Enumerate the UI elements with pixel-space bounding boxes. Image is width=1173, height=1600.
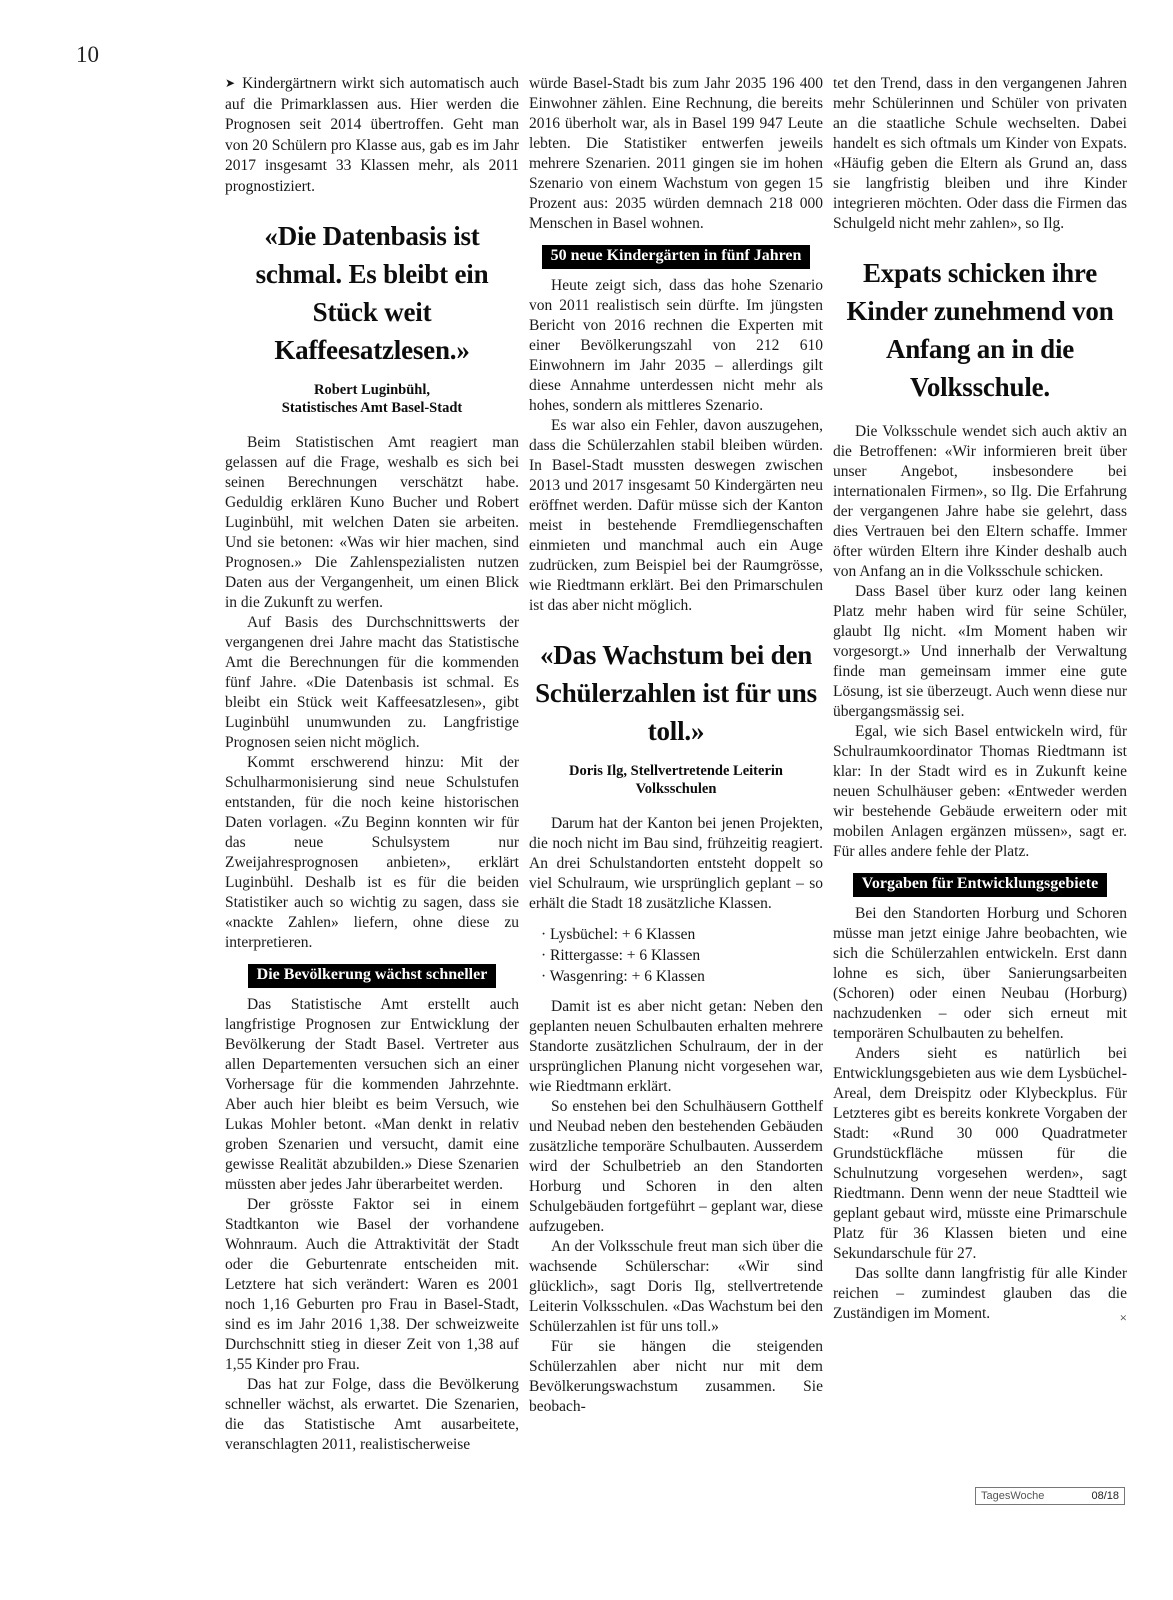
lead-text: Kindergärtnern wirkt sich automatisch au… (225, 75, 519, 195)
body-paragraph: Es war also ein Fehler, davon auszugehen… (529, 416, 823, 616)
body-paragraph: Das hat zur Folge, dass die Bevölkerung … (225, 1375, 519, 1455)
attribution-role: Statistisches Amt Basel-Stadt (225, 399, 519, 417)
lead-paragraph: ➤Kindergärtnern wirkt sich automatisch a… (225, 74, 519, 197)
body-paragraph: Damit ist es aber nicht getan: Neben den… (529, 997, 823, 1097)
column-1: ➤Kindergärtnern wirkt sich automatisch a… (225, 74, 519, 1455)
body-paragraph: Das sollte dann langfristig für alle Kin… (833, 1264, 1127, 1324)
closing-text: Das sollte dann langfristig für alle Kin… (833, 1265, 1127, 1322)
body-paragraph: Der grösste Faktor sei in einem Stadtkan… (225, 1195, 519, 1375)
body-paragraph: Die Volksschule wendet sich auch aktiv a… (833, 422, 1127, 582)
quote-attribution: Robert Luginbühl, Statistisches Amt Base… (225, 381, 519, 417)
pull-quote-block-1: «Die Datenbasis ist schmal. Es bleibt ei… (225, 217, 519, 417)
attribution-name: Doris Ilg, Stellvertretende Leiterin (529, 762, 823, 780)
footer-imprint: TagesWoche 08/18 (975, 1487, 1125, 1505)
quote-attribution: Doris Ilg, Stellvertretende Leiterin Vol… (529, 762, 823, 798)
body-paragraph: Für sie hängen die steigenden Schülerzah… (529, 1337, 823, 1417)
article-end-mark: × (1098, 1304, 1127, 1328)
body-paragraph: Auf Basis des Durchschnittswerts der ver… (225, 613, 519, 753)
footer-issue-number: 08/18 (1091, 1490, 1119, 1502)
body-paragraph: So enstehen bei den Schulhäusern Gotthel… (529, 1097, 823, 1237)
list-item: · Lysbüchel: + 6 Klassen (541, 924, 823, 945)
column-2: würde Basel-Stadt bis zum Jahr 2035 196 … (529, 74, 823, 1455)
footer-brand: TagesWoche (981, 1490, 1044, 1502)
pull-quote-expats: Expats schicken ihre Kinder zunehmend vo… (833, 254, 1127, 406)
body-paragraph: würde Basel-Stadt bis zum Jahr 2035 196 … (529, 74, 823, 234)
body-paragraph: Anders sieht es natürlich bei Entwicklun… (833, 1044, 1127, 1264)
classes-list: · Lysbüchel: + 6 Klassen · Rittergasse: … (541, 924, 823, 987)
body-paragraph: Beim Statistischen Amt reagiert man gela… (225, 433, 519, 613)
body-paragraph: Darum hat der Kanton bei jenen Projekten… (529, 814, 823, 914)
pull-quote-block-2: «Das Wachstum bei den Schülerzahlen ist … (529, 636, 823, 798)
pull-quote-block-3: Expats schicken ihre Kinder zunehmend vo… (833, 254, 1127, 406)
body-paragraph: Egal, wie sich Basel entwickeln wird, fü… (833, 722, 1127, 862)
section-header-kindergaerten: 50 neue Kindergärten in fünf Jahren (542, 245, 811, 269)
pull-quote-datenbasis: «Die Datenbasis ist schmal. Es bleibt ei… (225, 217, 519, 369)
pull-quote-wachstum: «Das Wachstum bei den Schülerzahlen ist … (529, 636, 823, 750)
body-paragraph: Kommt erschwerend hinzu: Mit der Schulha… (225, 753, 519, 953)
list-item: · Rittergasse: + 6 Klassen (541, 945, 823, 966)
section-header-bevoelkerung: Die Bevölkerung wächst schneller (248, 964, 497, 988)
body-paragraph: Heute zeigt sich, dass das hohe Szenario… (529, 276, 823, 416)
arrow-continuation-icon: ➤ (225, 76, 242, 90)
body-paragraph: Bei den Standorten Horburg und Schoren m… (833, 904, 1127, 1044)
body-paragraph: Dass Basel über kurz oder lang keinen Pl… (833, 582, 1127, 722)
attribution-name: Robert Luginbühl, (225, 381, 519, 399)
attribution-role: Volksschulen (529, 780, 823, 798)
body-paragraph: Das Statistische Amt erstellt auch langf… (225, 995, 519, 1195)
page-number: 10 (76, 42, 99, 68)
column-3: tet den Trend, dass in den vergangenen J… (833, 74, 1127, 1455)
body-paragraph: An der Volksschule freut man sich über d… (529, 1237, 823, 1337)
list-item: · Wasgenring: + 6 Klassen (541, 966, 823, 987)
body-paragraph: tet den Trend, dass in den vergangenen J… (833, 74, 1127, 234)
article-columns: ➤Kindergärtnern wirkt sich automatisch a… (225, 74, 1127, 1455)
section-header-vorgaben: Vorgaben für Entwicklungsgebiete (853, 873, 1107, 897)
newspaper-page: 10 ➤Kindergärtnern wirkt sich automatisc… (0, 0, 1173, 1600)
